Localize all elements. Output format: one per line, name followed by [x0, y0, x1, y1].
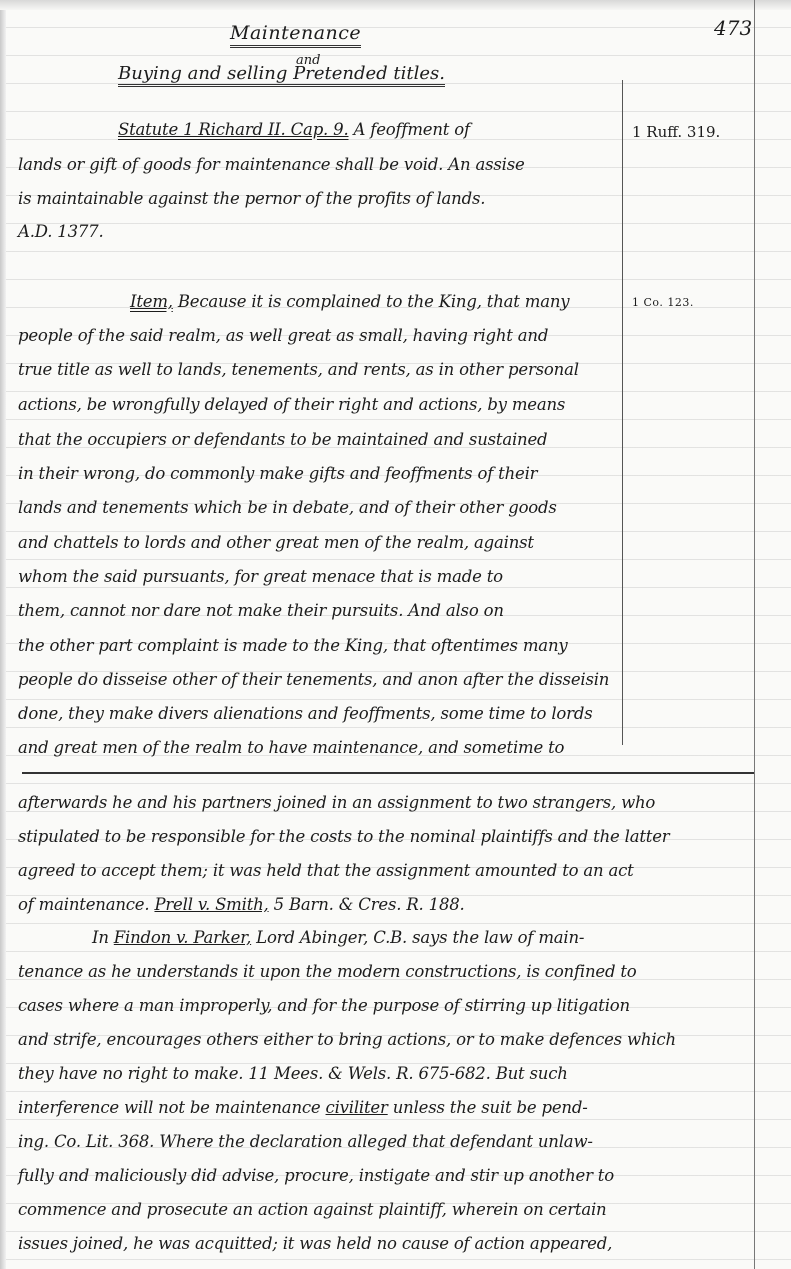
- latin-term: civiliter: [326, 1098, 388, 1117]
- page-left-edge: [0, 0, 6, 1269]
- page-number: 473: [714, 16, 752, 40]
- text-line: fully and maliciously did advise, procur…: [18, 1166, 614, 1185]
- text-line: whom the said pursuants, for great menac…: [18, 567, 503, 586]
- text-line: and strife, encourages others either to …: [18, 1030, 676, 1049]
- text-line: lands or gift of goods for maintenance s…: [18, 155, 525, 174]
- margin-note-citation: 1 Co. 123.: [632, 296, 694, 309]
- right-edge-rule: [754, 0, 755, 1269]
- text-fragment: Because it is complained to the King, th…: [173, 292, 570, 311]
- text-fragment: In: [92, 928, 114, 947]
- text-line: of maintenance. Prell v. Smith, 5 Barn. …: [18, 895, 465, 914]
- text-line: is maintainable against the pernor of th…: [18, 189, 485, 208]
- text-fragment: unless the suit be pend-: [388, 1098, 588, 1117]
- text-line: the other part complaint is made to the …: [18, 636, 568, 655]
- text-line: people do disseise other of their teneme…: [18, 670, 609, 689]
- text-fragment: interference will not be maintenance: [18, 1098, 326, 1117]
- text-line: interference will not be maintenance civ…: [18, 1098, 588, 1117]
- text-line: issues joined, he was acquitted; it was …: [18, 1234, 612, 1253]
- text-line: A.D. 1377.: [18, 222, 104, 241]
- text-line: true title as well to lands, tenements, …: [18, 360, 579, 379]
- text-line: tenance as he understands it upon the mo…: [18, 962, 637, 981]
- text-fragment: A feoffment of: [349, 120, 470, 139]
- text-line: done, they make divers alienations and f…: [18, 704, 592, 723]
- statute-heading: Statute 1 Richard II. Cap. 9.: [118, 120, 349, 139]
- margin-note-citation: 1 Ruff. 319.: [632, 123, 720, 141]
- text-line: they have no right to make. 11 Mees. & W…: [18, 1064, 568, 1083]
- text-line: afterwards he and his partners joined in…: [18, 793, 655, 812]
- text-line: them, cannot nor dare not make their pur…: [18, 601, 504, 620]
- text-line: people of the said realm, as well great …: [18, 326, 548, 345]
- text-line: in their wrong, do commonly make gifts a…: [18, 464, 537, 483]
- manuscript-page: 473 Maintenance and Buying and selling P…: [0, 0, 791, 1269]
- page-title: Maintenance: [230, 22, 361, 48]
- section-separator-rule: [22, 772, 754, 774]
- text-line: lands and tenements which be in debate, …: [18, 498, 557, 517]
- text-line: Statute 1 Richard II. Cap. 9. A feoffmen…: [118, 120, 470, 139]
- margin-column-rule: [622, 80, 623, 745]
- text-line: actions, be wrongfully delayed of their …: [18, 395, 565, 414]
- text-line: ing. Co. Lit. 368. Where the declaration…: [18, 1132, 593, 1151]
- text-line: and great men of the realm to have maint…: [18, 738, 564, 757]
- text-line: In Findon v. Parker, Lord Abinger, C.B. …: [92, 928, 584, 947]
- text-fragment: of maintenance.: [18, 895, 149, 914]
- page-subtitle: Buying and selling Pretended titles.: [118, 63, 445, 87]
- text-fragment: 5 Barn. & Cres. R. 188.: [269, 895, 465, 914]
- page-top-edge: [0, 0, 791, 10]
- text-line: commence and prosecute an action against…: [18, 1200, 606, 1219]
- case-citation: Prell v. Smith,: [154, 895, 268, 914]
- text-line: cases where a man improperly, and for th…: [18, 996, 630, 1015]
- text-fragment: Lord Abinger, C.B. says the law of main-: [251, 928, 584, 947]
- text-line: that the occupiers or defendants to be m…: [18, 430, 547, 449]
- text-line: and chattels to lords and other great me…: [18, 533, 534, 552]
- text-line: stipulated to be responsible for the cos…: [18, 827, 669, 846]
- text-line: Item, Because it is complained to the Ki…: [130, 292, 569, 311]
- item-heading: Item,: [130, 292, 173, 311]
- case-citation: Findon v. Parker,: [114, 928, 251, 947]
- text-line: agreed to accept them; it was held that …: [18, 861, 634, 880]
